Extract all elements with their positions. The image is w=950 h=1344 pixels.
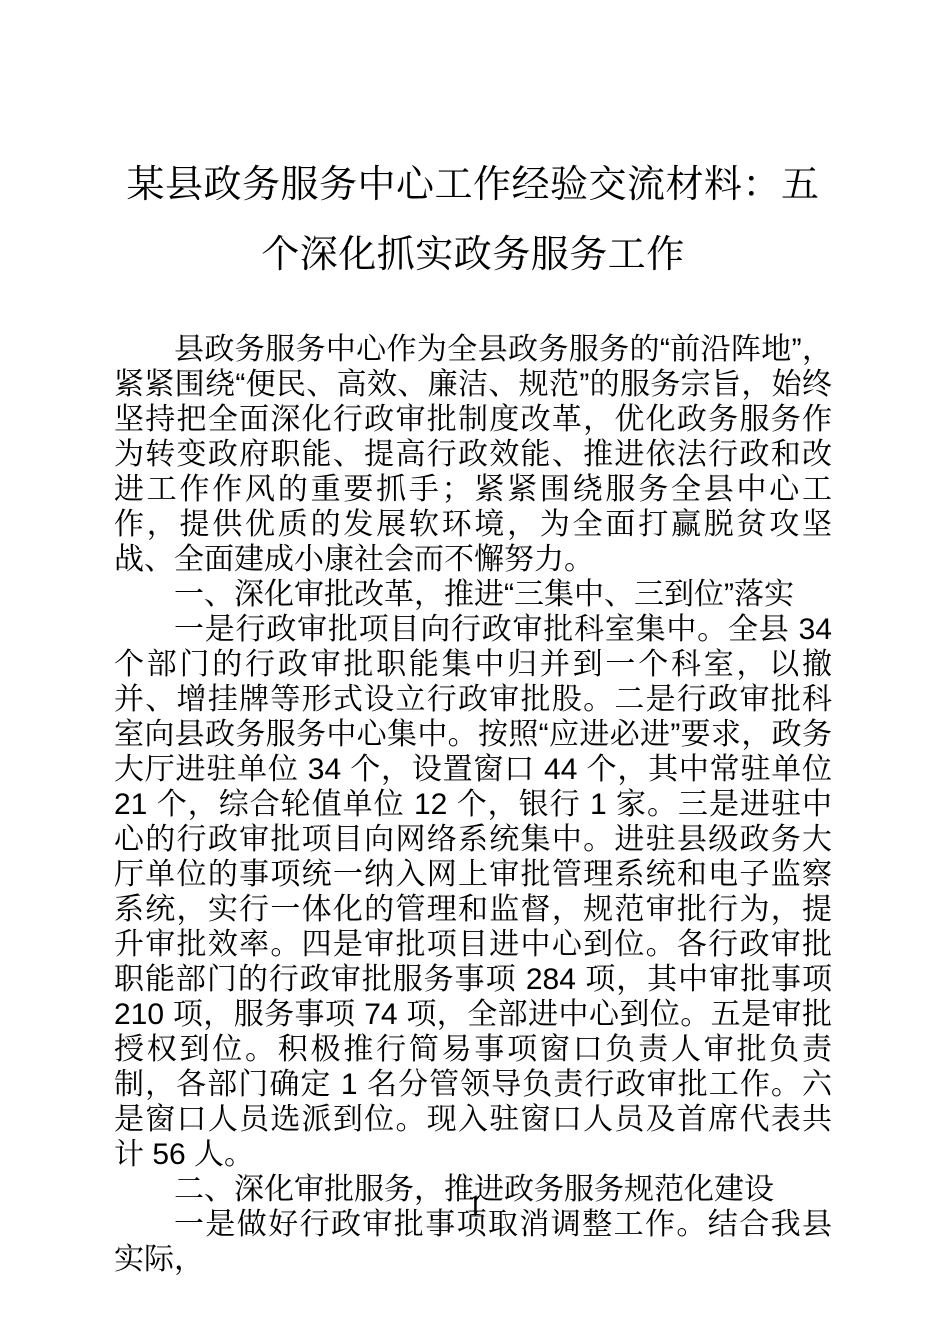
section-1-paragraph: 一是行政审批项目向行政审批科室集中。全县 34 个部门的行政审批职能集中归并到一… — [114, 612, 832, 1172]
document-page: 某县政务服务中心工作经验交流材料：五个深化抓实政务服务工作 县政务服务中心作为全… — [0, 0, 950, 1344]
intro-paragraph: 县政务服务中心作为全县政务服务的“前沿阵地”，紧紧围绕“便民、高效、廉洁、规范”… — [114, 332, 832, 577]
page-number: 1 — [0, 1188, 950, 1223]
section-1-heading: 一、深化审批改革，推进“三集中、三到位”落实 — [114, 577, 832, 612]
document-title: 某县政务服务中心工作经验交流材料：五个深化抓实政务服务工作 — [114, 150, 832, 290]
document-body: 县政务服务中心作为全县政务服务的“前沿阵地”，紧紧围绕“便民、高效、廉洁、规范”… — [114, 332, 832, 1277]
